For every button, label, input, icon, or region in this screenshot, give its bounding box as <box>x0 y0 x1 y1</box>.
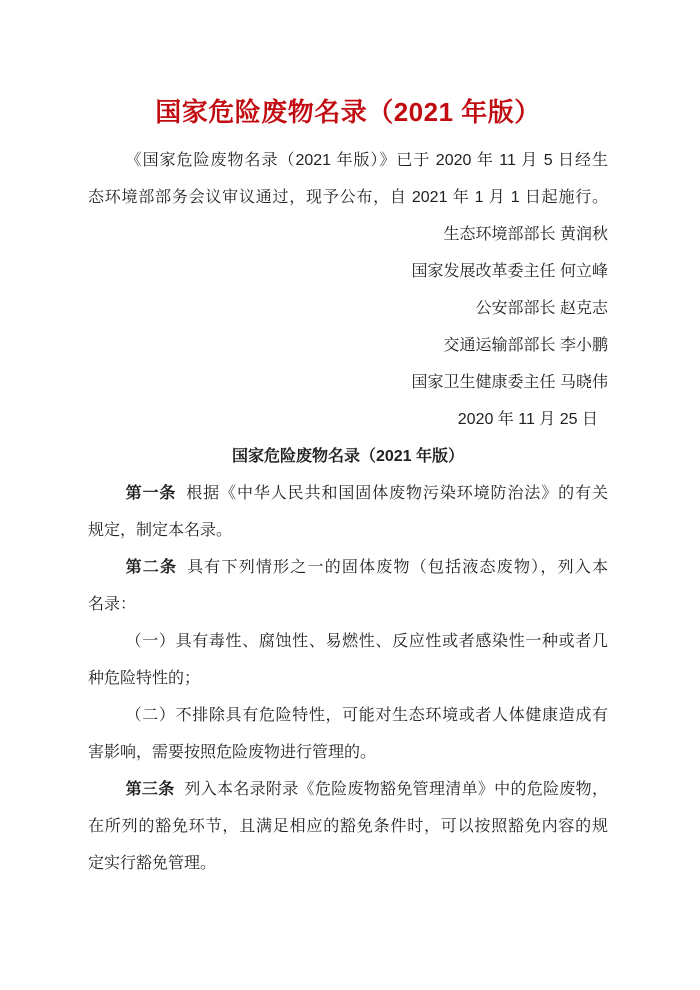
document-body: 《国家危险废物名录（2021 年版）》已于 2020 年 11 月 5 日经生 … <box>88 142 608 882</box>
article-3-line-3: 定实行豁免管理。 <box>88 845 608 882</box>
article-1-line-2: 规定，制定本名录。 <box>88 512 608 549</box>
signatory-line-mee-minister: 生态环境部部长 黄润秋 <box>88 216 608 253</box>
article-2-label: 第二条 <box>126 559 178 576</box>
article-2-line-2: 名录： <box>88 586 608 623</box>
item-2-line-2: 害影响，需要按照危险废物进行管理的。 <box>88 734 608 771</box>
item-1-line-2: 种危险特性的； <box>88 660 608 697</box>
article-3-line-1: 第三条列入本名录附录《危险废物豁免管理清单》中的危险废物， <box>88 771 608 808</box>
article-1-text: 根据《中华人民共和国固体废物污染环境防治法》的有关 <box>186 485 608 502</box>
document-page: 国家危险废物名录（2021 年版） 《国家危险废物名录（2021 年版）》已于 … <box>0 0 700 990</box>
intro-line-2: 态环境部部务会议审议通过，现予公布，自 2021 年 1 月 1 日起施行。 <box>88 179 608 216</box>
article-1-line-1: 第一条根据《中华人民共和国固体废物污染环境防治法》的有关 <box>88 475 608 512</box>
article-1-label: 第一条 <box>126 485 177 502</box>
item-2-line-1: （二）不排除具有危险特性，可能对生态环境或者人体健康造成有 <box>88 697 608 734</box>
signatory-line-ndrc-chairman: 国家发展改革委主任 何立峰 <box>88 253 608 290</box>
article-3-line-2: 在所列的豁免环节，且满足相应的豁免条件时，可以按照豁免内容的规 <box>88 808 608 845</box>
article-2-line-1: 第二条具有下列情形之一的固体废物（包括液态废物），列入本 <box>88 549 608 586</box>
issue-date: 2020 年 11 月 25 日 <box>88 401 598 438</box>
article-3-text: 列入本名录附录《危险废物豁免管理清单》中的危险废物， <box>184 781 608 798</box>
article-3-label: 第三条 <box>126 781 175 798</box>
signatory-line-mot-minister: 交通运输部部长 李小鹏 <box>88 327 608 364</box>
item-1-line-1: （一）具有毒性、腐蚀性、易燃性、反应性或者感染性一种或者几 <box>88 623 608 660</box>
intro-line-1: 《国家危险废物名录（2021 年版）》已于 2020 年 11 月 5 日经生 <box>88 142 608 179</box>
section-heading: 国家危险废物名录（2021 年版） <box>88 438 608 475</box>
document-title: 国家危险废物名录（2021 年版） <box>88 92 608 132</box>
signatory-line-mps-minister: 公安部部长 赵克志 <box>88 290 608 327</box>
signatory-line-nhc-chairman: 国家卫生健康委主任 马晓伟 <box>88 364 608 401</box>
article-2-text: 具有下列情形之一的固体废物（包括液态废物），列入本 <box>187 559 608 576</box>
